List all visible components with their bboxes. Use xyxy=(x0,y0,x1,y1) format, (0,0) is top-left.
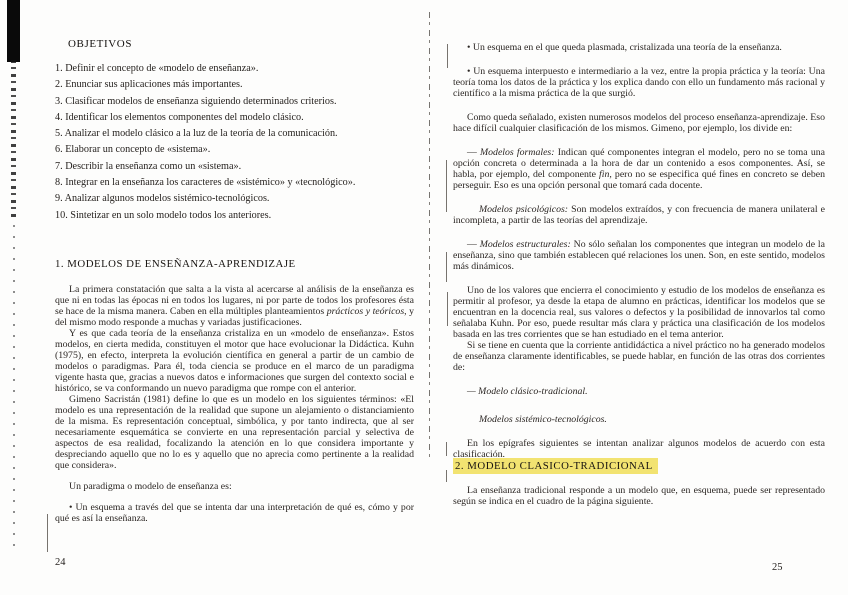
paragraph: Y es que cada teoría de la enseñanza cri… xyxy=(55,328,414,394)
paragraph-modelos-estructurales: — Modelos estructurales: No sólo señalan… xyxy=(453,239,825,272)
bullet-paragraph: • Un esquema a través del que se intenta… xyxy=(55,502,414,524)
paragraph: Si se tiene en cuenta que la corriente a… xyxy=(453,340,825,373)
term-label: Modelos estructurales: xyxy=(480,239,571,250)
term-italic: fin xyxy=(599,169,609,180)
paragraph: Un paradigma o modelo de enseñanza es: xyxy=(55,481,414,492)
margin-mark xyxy=(446,442,447,456)
objectives-list: 1. Definir el concepto de «modelo de ens… xyxy=(55,61,414,224)
term-label: Modelos psicológicos: xyxy=(479,204,568,215)
highlighted-title: 2. MODELO CLASICO-TRADICIONAL xyxy=(453,458,658,474)
margin-mark xyxy=(446,252,447,282)
paragraph: La primera constatación que salta a la v… xyxy=(55,284,414,328)
section2-heading: 2. MODELO CLASICO-TRADICIONAL xyxy=(453,460,825,472)
left-page: OBJETIVOS 1. Definir el concepto de «mod… xyxy=(55,0,414,524)
objective-item: 2. Enunciar sus aplicaciones más importa… xyxy=(55,77,414,93)
objective-item: 9. Analizar algunos modelos sistémico-te… xyxy=(55,191,414,207)
paragraph: Uno de los valores que encierra el conoc… xyxy=(453,285,825,340)
paragraph: En los epígrafes siguientes se intentan … xyxy=(453,438,825,460)
scan-spine-dots xyxy=(13,225,15,555)
bullet-paragraph: • Un esquema en el que queda plasmada, c… xyxy=(453,42,825,53)
paragraph-italic-text: prácticos y teóricos xyxy=(327,306,404,317)
objective-item: 7. Describir la enseñanza como un «siste… xyxy=(55,159,414,175)
margin-mark xyxy=(446,160,447,212)
term-label: Modelos formales: xyxy=(480,147,555,158)
objective-item: 10. Sintetizar en un solo modelo todos l… xyxy=(55,208,414,224)
scan-spine-speckle xyxy=(11,60,16,220)
page-gutter-line xyxy=(429,12,430,462)
objective-item: 3. Clasificar modelos de enseñanza sigui… xyxy=(55,94,414,110)
margin-mark xyxy=(447,292,448,326)
objective-item: 8. Integrar en la enseñanza los caracter… xyxy=(55,175,414,191)
paragraph-modelos-psicologicos: Modelos psicológicos: Son modelos extraí… xyxy=(453,204,825,226)
page-number-left: 24 xyxy=(55,557,66,568)
scan-spine-bar xyxy=(7,0,20,62)
dash: — xyxy=(467,147,480,158)
paragraph: La enseñanza tradicional responde a un m… xyxy=(453,485,825,507)
paragraph: Gimeno Sacristán (1981) define lo que es… xyxy=(55,394,414,471)
margin-mark xyxy=(446,470,447,482)
paragraph-modelos-formales: — Modelos formales: Indican qué componen… xyxy=(453,147,825,191)
objective-item: 5. Analizar el modelo clásico a la luz d… xyxy=(55,126,414,142)
classification-item: Modelos sistémico-tecnológicos. xyxy=(453,414,825,425)
page-number-right: 25 xyxy=(772,562,783,573)
dash: — xyxy=(467,239,480,250)
objective-item: 4. Identificar los elementos componentes… xyxy=(55,110,414,126)
margin-mark xyxy=(447,44,448,68)
section1-heading: 1. MODELOS DE ENSEÑANZA-APRENDIZAJE xyxy=(55,258,414,270)
objectives-heading: OBJETIVOS xyxy=(68,38,414,50)
classification-item: — Modelo clásico-tradicional. xyxy=(453,386,825,397)
right-page: • Un esquema en el que queda plasmada, c… xyxy=(453,0,825,507)
paragraph: Como queda señalado, existen numerosos m… xyxy=(453,112,825,134)
objective-item: 1. Definir el concepto de «modelo de ens… xyxy=(55,61,414,77)
margin-mark xyxy=(47,514,48,552)
objective-item: 6. Elaborar un concepto de «sistema». xyxy=(55,142,414,158)
bullet-paragraph: • Un esquema interpuesto e intermediario… xyxy=(453,66,825,99)
